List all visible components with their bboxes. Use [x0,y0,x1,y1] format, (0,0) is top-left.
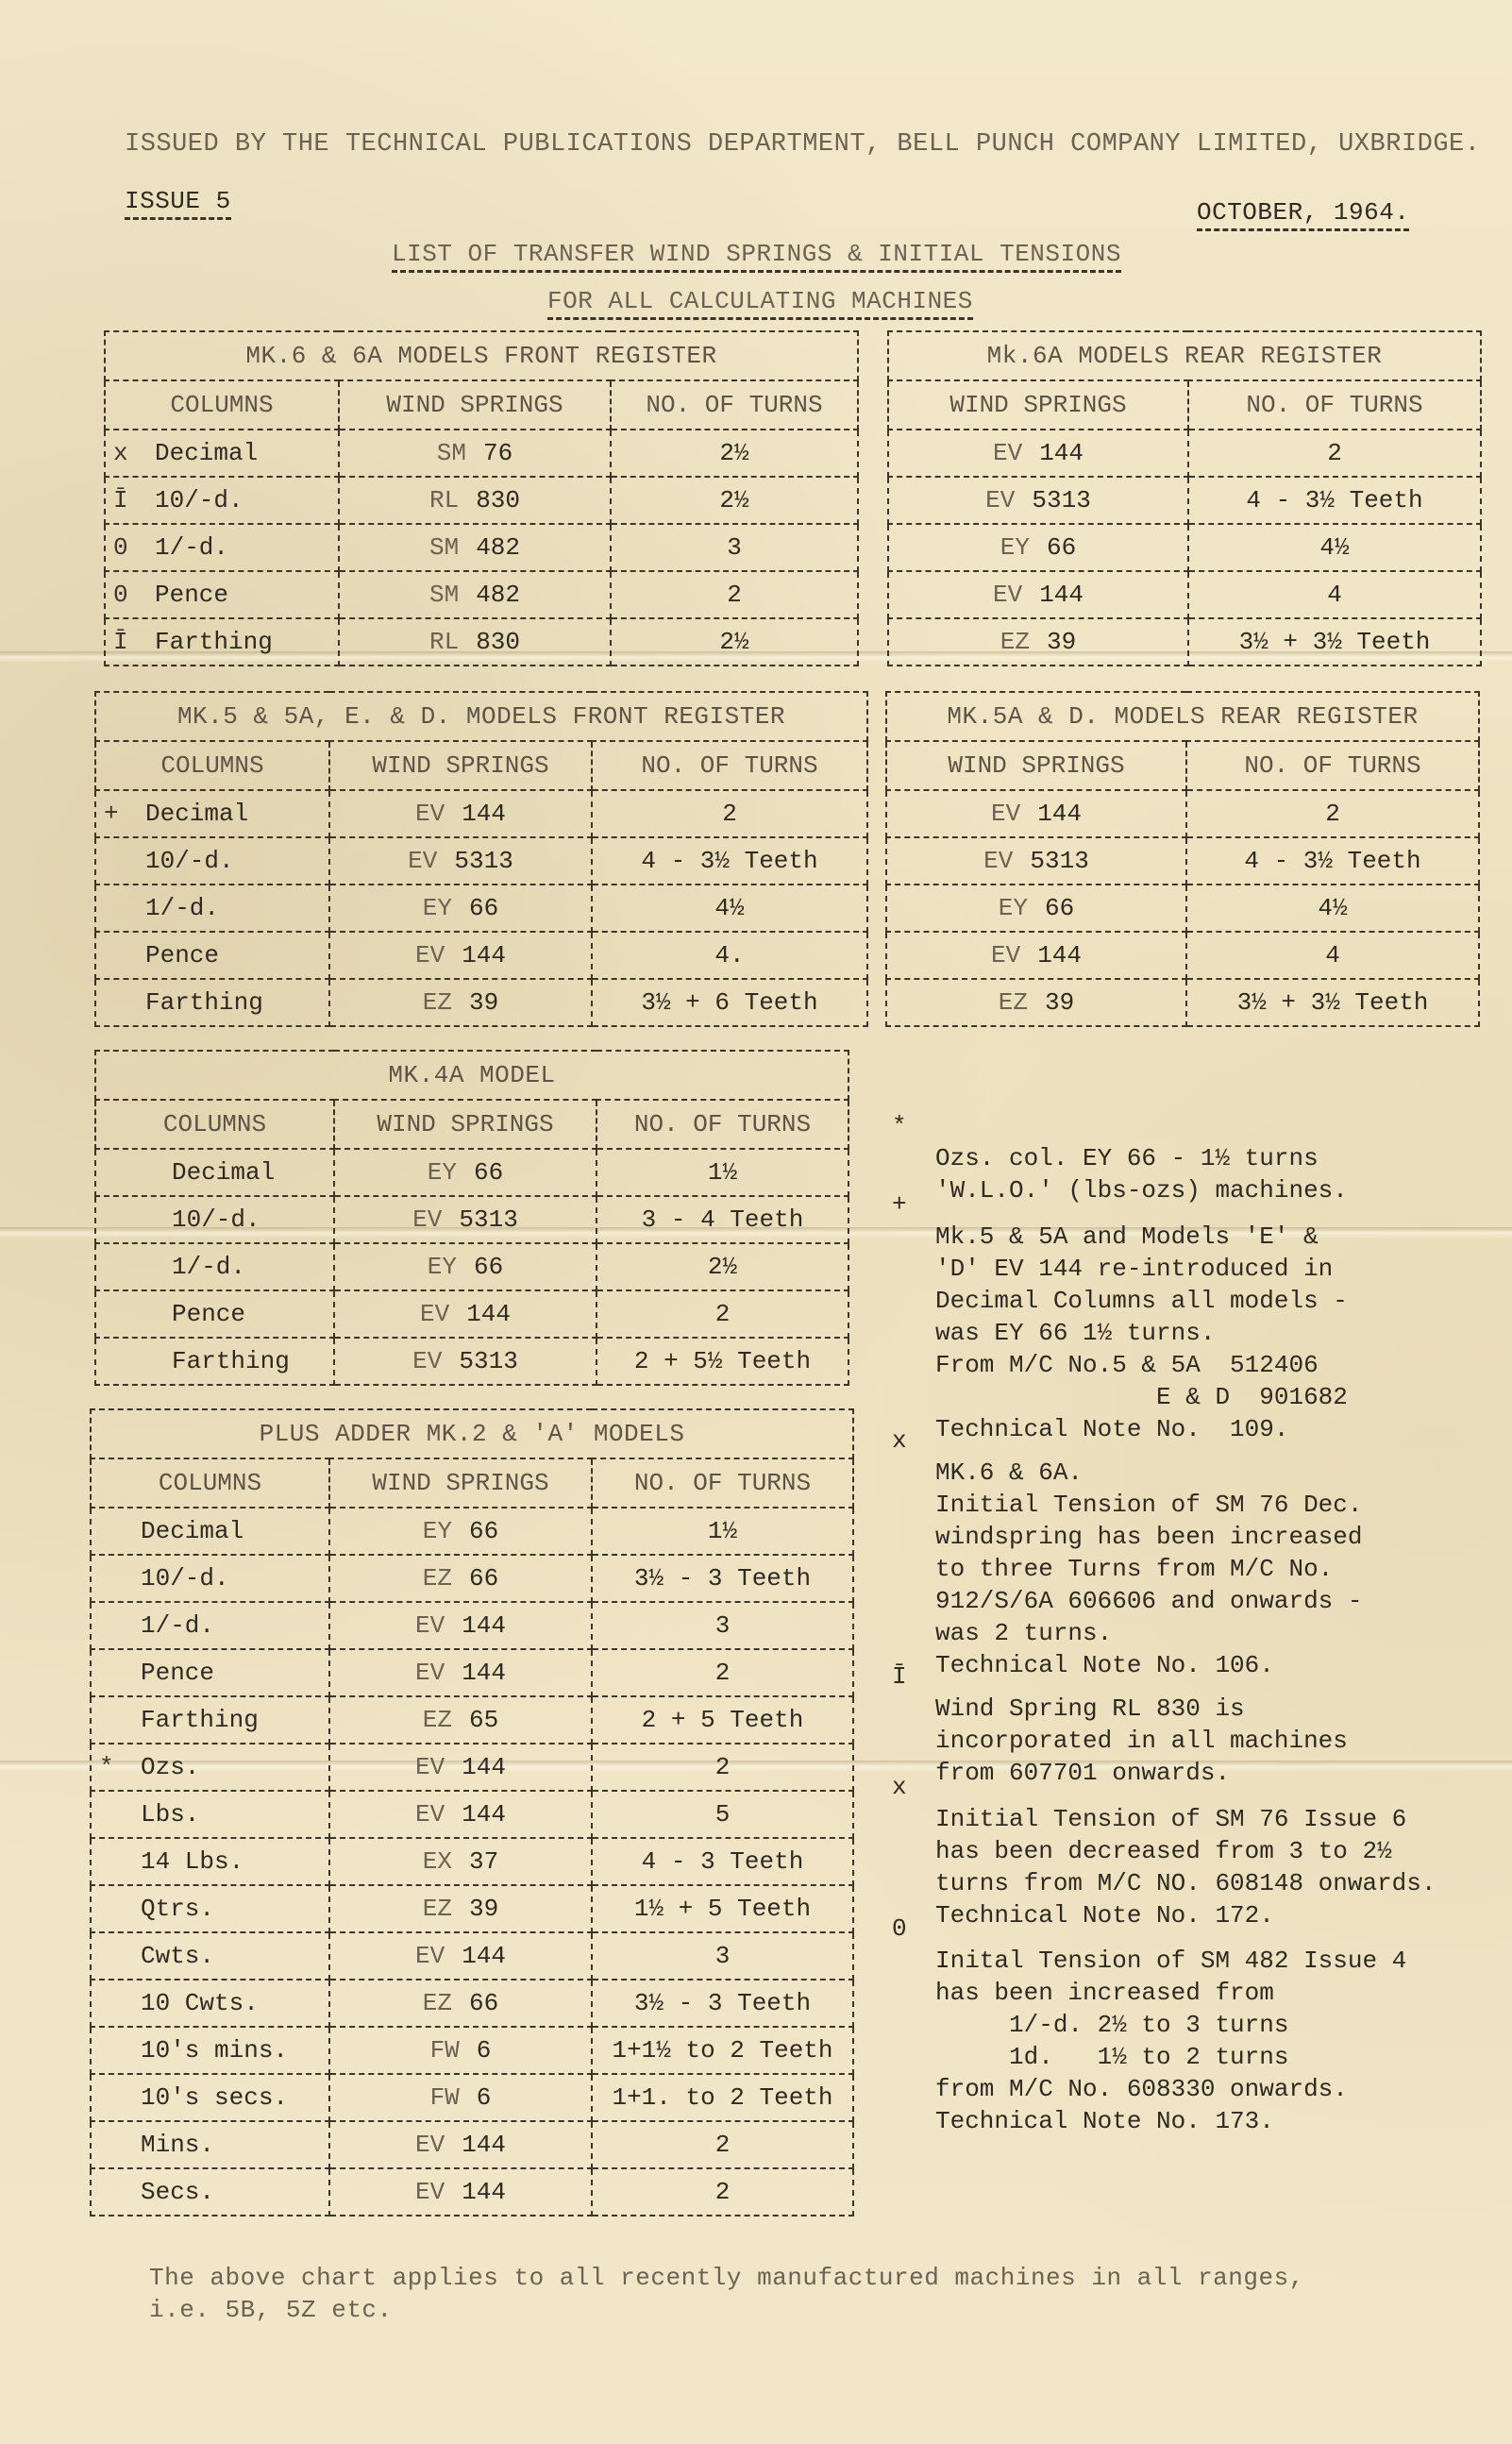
table-row: Decimal EY66 1½ [95,1149,848,1196]
footnote-mark: + [104,800,145,828]
turns-value: 4 - 3 Teeth [592,1838,853,1885]
turns-value: 4 - 3½ Teeth [592,837,867,885]
turns-value: 2 [611,571,858,618]
document-title-line2: FOR ALL CALCULATING MACHINES [547,287,973,320]
turns-value: 1½ + 5 Teeth [592,1885,853,1932]
spring-number: 39 [1045,988,1074,1017]
table-row: Secs.EV1442 [91,2168,853,2216]
column-name: 10/-d. [145,847,234,875]
turns-value: 3 [611,524,858,571]
footnote-mark: Ī [113,628,155,656]
footnote-symbol: * [892,1110,907,1142]
table-row: 10's mins.FW61+1½ to 2 Teeth [91,2027,853,2074]
header-wind-springs: WIND SPRINGS [888,380,1188,430]
column-name: Pence [141,1659,214,1687]
spring-prefix: EV [985,486,1015,514]
spring-prefix: FW [430,2036,460,2065]
header-wind-springs: WIND SPRINGS [886,741,1186,790]
footnote-rl830: Ī Wind Spring RL 830 is incorporated in … [892,1628,921,1725]
footnote-text: Wind Spring RL 830 is incorporated in al… [935,1693,1348,1789]
spring-prefix: EY [428,1158,457,1187]
spring-number: 76 [483,439,512,467]
spring-prefix: EZ [423,1989,452,2017]
table-row: EY66 4½ [886,885,1479,932]
spring-prefix: EV [415,1753,445,1781]
spring-number: 830 [476,486,520,514]
turns-value: 2½ [596,1243,848,1290]
spring-number: 66 [469,1517,498,1545]
table-row: 10/-d.EZ663½ - 3 Teeth [91,1555,853,1602]
table-mk6a-rear-register: Mk.6A MODELS REAR REGISTER WIND SPRINGS … [887,330,1482,666]
column-name: Decimal [155,439,258,467]
column-name: Pence [95,1290,334,1338]
header-turns: NO. OF TURNS [1188,380,1481,430]
column-name: 10/-d. [141,1564,229,1593]
column-name: Decimal [141,1517,244,1545]
table-plus-adder: PLUS ADDER MK.2 & 'A' MODELS COLUMNS WIN… [90,1408,854,2216]
turns-value: 3½ + 6 Teeth [592,979,867,1026]
table-row: DecimalEY661½ [91,1508,853,1555]
spring-number: 5313 [459,1347,517,1375]
column-name: Secs. [141,2178,214,2206]
turns-value: 2 [592,1744,853,1791]
spring-prefix: EV [415,941,445,969]
spring-number: 66 [474,1158,503,1187]
column-name: 10/-d. [155,486,244,514]
column-name: 1/-d. [141,1611,214,1640]
document-title-line1: LIST OF TRANSFER WIND SPRINGS & INITIAL … [392,240,1121,273]
footnote-text: MK.6 & 6A. Initial Tension of SM 76 Dec.… [935,1457,1362,1681]
table-title: MK.4A MODEL [95,1051,848,1100]
table-row: PenceEV1442 [91,1649,853,1696]
spring-number: 482 [476,581,520,609]
spring-number: 66 [474,1253,503,1281]
turns-value: 3½ + 3½ Teeth [1186,979,1479,1026]
column-name: Farthing [95,1338,334,1385]
spring-prefix: EV [412,1205,442,1234]
table-row: 10/-d. EV5313 3 - 4 Teeth [95,1196,848,1243]
turns-value: 4 [1188,571,1481,618]
turns-value: 2 [592,2168,853,2216]
table-row: xDecimal SM76 2½ [105,430,858,477]
spring-prefix: SM [437,439,466,467]
spring-prefix: RL [429,486,459,514]
spring-prefix: EV [415,1942,445,1970]
spring-number: 5313 [1032,486,1090,514]
turns-value: 4 [1186,932,1479,979]
table-row: +Decimal EV144 2 [95,790,867,837]
table-row: FarthingEZ652 + 5 Teeth [91,1696,853,1744]
turns-value: 2 [1186,790,1479,837]
spring-number: 5313 [454,847,512,875]
header-columns: COLUMNS [95,741,329,790]
table-row: EZ39 3½ + 3½ Teeth [888,618,1481,666]
table-row: EV5313 4 - 3½ Teeth [888,477,1481,524]
footnote-mark: x [113,439,155,467]
spring-prefix: EV [991,941,1020,969]
spring-number: 482 [476,533,520,562]
spring-prefix: EV [415,1611,445,1640]
footnote-symbol: + [892,1188,907,1221]
turns-value: 2 + 5½ Teeth [596,1338,848,1385]
column-name: Farthing [145,988,263,1017]
spring-number: 66 [1047,533,1076,562]
turns-value: 2 [596,1290,848,1338]
footnote-symbol: x [892,1424,907,1457]
column-name: Decimal [95,1149,334,1196]
column-name: 14 Lbs. [141,1847,244,1876]
footnote-sm76-issue6: x Initial Tension of SM 76 Issue 6 has b… [892,1739,921,1835]
turns-value: 3½ - 3 Teeth [592,1555,853,1602]
spring-prefix: EZ [999,988,1028,1017]
spring-prefix: SM [429,581,459,609]
column-name: 10's secs. [141,2083,288,2112]
header-columns: COLUMNS [95,1100,334,1149]
footnote-text: Initial Tension of SM 76 Issue 6 has bee… [935,1803,1436,1931]
table-row: EV144 4 [886,932,1479,979]
header-wind-springs: WIND SPRINGS [329,741,592,790]
spring-prefix: EV [983,847,1013,875]
turns-value: 2 [1188,430,1481,477]
turns-value: 4½ [592,885,867,932]
spring-prefix: RL [429,628,459,656]
spring-prefix: EV [991,800,1020,828]
column-name: Lbs. [141,1800,199,1829]
table-mk5a-rear-register: MK.5A & D. MODELS REAR REGISTER WIND SPR… [885,691,1480,1027]
spring-prefix: EV [415,1659,445,1687]
turns-value: 2 [592,790,867,837]
table-row: Mins.EV1442 [91,2121,853,2168]
table-row: EY66 4½ [888,524,1481,571]
spring-number: 5313 [1030,847,1088,875]
spring-number: 830 [476,628,520,656]
spring-prefix: EV [993,439,1022,467]
turns-value: 4 - 3½ Teeth [1186,837,1479,885]
table-row: 1/-d. EY66 2½ [95,1243,848,1290]
spring-number: 144 [1037,941,1082,969]
table-row: EV144 2 [888,430,1481,477]
spring-prefix: EY [423,894,452,922]
header-turns: NO. OF TURNS [592,741,867,790]
spring-prefix: EY [428,1253,457,1281]
spring-number: 65 [469,1706,498,1734]
spring-prefix: EV [412,1347,442,1375]
spring-prefix: EV [415,800,445,828]
spring-prefix: EZ [423,988,452,1017]
spring-number: 66 [469,1989,498,2017]
table-mk6-front-register: MK.6 & 6A MODELS FRONT REGISTER COLUMNS … [104,330,859,666]
issue-date: OCTOBER, 1964. [1197,198,1409,231]
column-name: 10/-d. [95,1196,334,1243]
spring-number: 144 [462,1942,506,1970]
column-name: Pence [145,941,219,969]
footer-line1: The above chart applies to all recently … [149,2264,1304,2292]
table-row: 01/-d. SM482 3 [105,524,858,571]
column-name: Qtrs. [141,1895,214,1923]
table-row: EV5313 4 - 3½ Teeth [886,837,1479,885]
turns-value: 1½ [592,1508,853,1555]
spring-prefix: EV [420,1300,449,1328]
turns-value: 4½ [1186,885,1479,932]
spring-number: 66 [469,894,498,922]
footer-line2: i.e. 5B, 5Z etc. [149,2296,393,2324]
spring-number: 6 [477,2036,492,2065]
spring-prefix: EV [415,2178,445,2206]
table-row: 1/-d. EY66 4½ [95,885,867,932]
spring-number: 144 [462,941,506,969]
spring-number: 144 [462,2131,506,2159]
turns-value: 4½ [1188,524,1481,571]
footnote-sm482-issue4: 0 Inital Tension of SM 482 Issue 4 has b… [892,1880,921,1977]
spring-number: 39 [469,1895,498,1923]
spring-prefix: EY [999,894,1028,922]
header-turns: NO. OF TURNS [592,1458,853,1508]
table-title: MK.5A & D. MODELS REAR REGISTER [886,692,1479,741]
column-name: 10 Cwts. [141,1989,259,2017]
turns-value: 1+1½ to 2 Teeth [592,2027,853,2074]
table-row: 10's secs.FW61+1. to 2 Teeth [91,2074,853,2121]
turns-value: 2 [592,2121,853,2168]
turns-value: 3 [592,1602,853,1649]
turns-value: 3½ + 3½ Teeth [1188,618,1481,666]
spring-prefix: EV [415,1800,445,1829]
table-row: Lbs.EV1445 [91,1791,853,1838]
spring-number: 144 [462,2178,506,2206]
footnote-symbol: x [892,1771,907,1803]
table-row: ĪFarthing RL830 2½ [105,618,858,666]
footnote-mk6-tension: x MK.6 & 6A. Initial Tension of SM 76 De… [892,1392,921,1489]
table-title: MK.6 & 6A MODELS FRONT REGISTER [105,331,858,380]
footnote-text: Mk.5 & 5A and Models 'E' & 'D' EV 144 re… [935,1221,1348,1445]
spring-prefix: EZ [1000,628,1030,656]
column-name: 1/-d. [155,533,228,562]
spring-number: 39 [1047,628,1076,656]
turns-value: 3 [592,1932,853,1980]
header-columns: COLUMNS [105,380,339,430]
spring-prefix: SM [429,533,459,562]
header-turns: NO. OF TURNS [611,380,858,430]
spring-prefix: FW [430,2083,460,2112]
table-row: Cwts.EV1443 [91,1932,853,1980]
turns-value: 4 - 3½ Teeth [1188,477,1481,524]
turns-value: 2½ [611,430,858,477]
spring-prefix: EZ [423,1895,452,1923]
table-title: MK.5 & 5A, E. & D. MODELS FRONT REGISTER [95,692,867,741]
header-columns: COLUMNS [91,1458,329,1508]
table-mk4a-model: MK.4A MODEL COLUMNS WIND SPRINGS NO. OF … [94,1050,849,1386]
column-name: 1/-d. [95,1243,334,1290]
table-row: 10/-d. EV5313 4 - 3½ Teeth [95,837,867,885]
table-row: 1/-d.EV1443 [91,1602,853,1649]
turns-value: 3½ - 3 Teeth [592,1980,853,2027]
column-name: Farthing [155,628,273,656]
turns-value: 1+1. to 2 Teeth [592,2074,853,2121]
footnote-mk5-decimal: + Mk.5 & 5A and Models 'E' & 'D' EV 144 … [892,1156,921,1253]
header-wind-springs: WIND SPRINGS [334,1100,596,1149]
turns-value: 2 [592,1649,853,1696]
spring-number: 144 [462,1753,506,1781]
header-wind-springs: WIND SPRINGS [339,380,611,430]
spring-number: 66 [469,1564,498,1593]
table-row: Farthing EZ39 3½ + 6 Teeth [95,979,867,1026]
spring-number: 144 [462,1611,506,1640]
spring-number: 39 [469,988,498,1017]
spring-prefix: EV [415,2131,445,2159]
spring-number: 144 [462,1659,506,1687]
footnote-mark: * [99,1753,141,1781]
spring-number: 144 [462,800,506,828]
table-row: Pence EV144 2 [95,1290,848,1338]
turns-value: 5 [592,1791,853,1838]
turns-value: 2½ [611,477,858,524]
table-row: EV144 4 [888,571,1481,618]
table-row: 10 Cwts.EZ663½ - 3 Teeth [91,1980,853,2027]
table-mk5-front-register: MK.5 & 5A, E. & D. MODELS FRONT REGISTER… [94,691,868,1027]
header-wind-springs: WIND SPRINGS [329,1458,592,1508]
table-row: 0Pence SM482 2 [105,571,858,618]
spring-prefix: EY [1000,533,1030,562]
table-row: EV144 2 [886,790,1479,837]
turns-value: 2 + 5 Teeth [592,1696,853,1744]
footnote-symbol: Ī [892,1660,907,1693]
turns-value: 2½ [611,618,858,666]
column-name: Decimal [145,800,248,828]
table-row: Qtrs.EZ391½ + 5 Teeth [91,1885,853,1932]
column-name: Cwts. [141,1942,214,1970]
footnote-text: Inital Tension of SM 482 Issue 4 has bee… [935,1945,1406,2137]
spring-prefix: EZ [423,1706,452,1734]
spring-number: 144 [1037,800,1082,828]
table-row: 14 Lbs.EX374 - 3 Teeth [91,1838,853,1885]
spring-prefix: EV [993,581,1022,609]
footnote-mark: 0 [113,533,155,562]
spring-number: 66 [1045,894,1074,922]
issue-number: ISSUE 5 [125,187,231,220]
column-name: Mins. [141,2131,214,2159]
column-name: Ozs. [141,1753,199,1781]
spring-number: 144 [462,1800,506,1829]
table-title: Mk.6A MODELS REAR REGISTER [888,331,1481,380]
spring-prefix: EY [423,1517,452,1545]
turns-value: 1½ [596,1149,848,1196]
footnote-mark: 0 [113,581,155,609]
spring-prefix: EZ [423,1564,452,1593]
turns-value: 4. [592,932,867,979]
spring-prefix: EV [408,847,437,875]
column-name: Pence [155,581,228,609]
table-row: *Ozs.EV1442 [91,1744,853,1791]
table-title: PLUS ADDER MK.2 & 'A' MODELS [91,1409,853,1458]
spring-number: 144 [1039,581,1084,609]
spring-number: 6 [477,2083,492,2112]
footnote-mark: Ī [113,486,155,514]
spring-number: 144 [466,1300,511,1328]
turns-value: 3 - 4 Teeth [596,1196,848,1243]
column-name: Farthing [141,1706,259,1734]
table-row: Farthing EV5313 2 + 5½ Teeth [95,1338,848,1385]
spring-number: 5313 [459,1205,517,1234]
table-row: EZ39 3½ + 3½ Teeth [886,979,1479,1026]
footnote-symbol: 0 [892,1913,907,1945]
table-row: Ī10/-d. RL830 2½ [105,477,858,524]
spring-number: 37 [469,1847,498,1876]
footnote-text: Ozs. col. EY 66 - 1½ turns 'W.L.O.' (lbs… [935,1142,1348,1206]
header-turns: NO. OF TURNS [596,1100,848,1149]
issuer-line: ISSUED BY THE TECHNICAL PUBLICATIONS DEP… [125,130,1480,159]
column-name: 1/-d. [145,894,219,922]
table-row: Pence EV144 4. [95,932,867,979]
header-turns: NO. OF TURNS [1186,741,1479,790]
spring-number: 144 [1039,439,1084,467]
column-name: 10's mins. [141,2036,288,2065]
spring-prefix: EX [423,1847,452,1876]
